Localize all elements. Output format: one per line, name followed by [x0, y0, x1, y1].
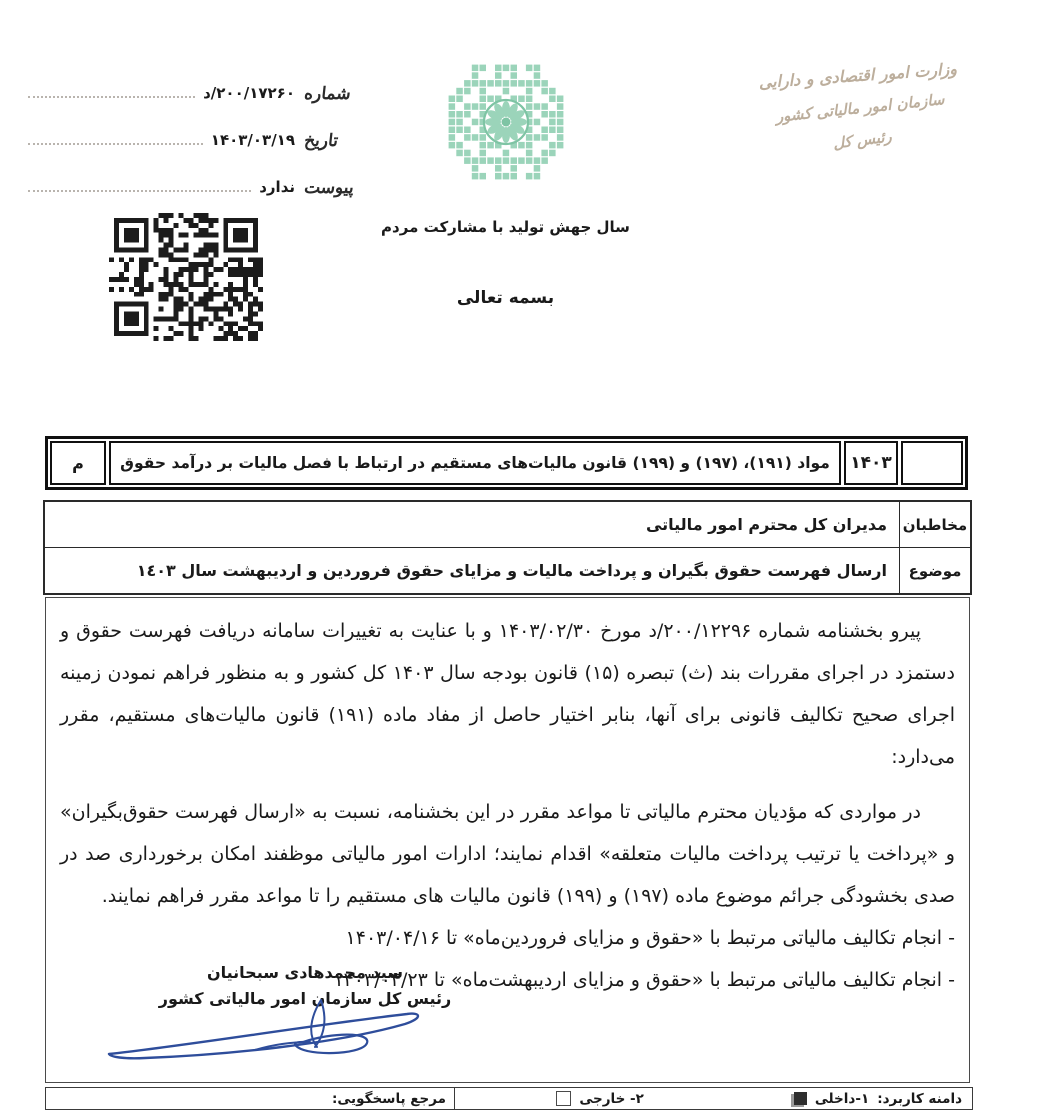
table-row: موضوع ارسال فهرست حقوق بگیران و پرداخت م…	[45, 547, 970, 593]
letter-meta: شماره ۲۰۰/۱۷۲۶۰/د تاریخ ۱۴۰۳/۰۳/۱۹ پیوست…	[28, 74, 373, 215]
recipients-label: مخاطبان	[899, 502, 970, 547]
year-slogan: سال جهش تولید با مشارکت مردم	[368, 218, 643, 236]
reference-cell: مرجع پاسخگویی:	[46, 1088, 455, 1109]
scope-external-group: ۲- خارجی	[556, 1091, 644, 1107]
meta-number-row: شماره ۲۰۰/۱۷۲۶۰/د	[28, 74, 373, 104]
qr-code-icon	[109, 213, 263, 341]
dotted-leader	[28, 96, 195, 98]
external-option-label: ۲- خارجی	[579, 1091, 644, 1107]
attachment-label: پیوست	[302, 178, 375, 198]
attachment-value: ندارد	[251, 178, 303, 198]
table-row: مخاطبان مدیران کل محترم امور مالیاتی	[45, 502, 970, 547]
letterhead-calligraphy: وزارت امور اقتصادی و دارایی سازمان امور …	[697, 55, 1022, 160]
scope-label: دامنه کاربرد:	[877, 1091, 962, 1107]
dotted-leader	[28, 143, 203, 145]
internal-checkbox-checked-icon	[794, 1092, 807, 1105]
subject-label: موضوع	[899, 548, 970, 593]
dotted-leader	[28, 190, 251, 192]
official-letter-page: شماره ۲۰۰/۱۷۲۶۰/د تاریخ ۱۴۰۳/۰۳/۱۹ پیوست…	[0, 0, 1042, 1120]
tax-organization-emblem-icon	[448, 60, 564, 186]
footer-band: دامنه کاربرد: ۱-داخلی ۲- خارجی مرجع پاسخ…	[45, 1087, 973, 1110]
band-empty-cell	[901, 441, 963, 485]
number-value: ۲۰۰/۱۷۲۶۰/د	[195, 84, 303, 104]
meta-date-row: تاریخ ۱۴۰۳/۰۳/۱۹	[28, 121, 373, 151]
scope-internal-group: دامنه کاربرد: ۱-داخلی	[794, 1091, 962, 1107]
meta-attachment-row: پیوست ندارد	[28, 168, 373, 198]
scope-cell: دامنه کاربرد: ۱-داخلی ۲- خارجی	[455, 1088, 972, 1109]
reference-label: مرجع پاسخگویی:	[332, 1091, 446, 1107]
number-label: شماره	[302, 84, 375, 104]
internal-option-label: ۱-داخلی	[815, 1091, 869, 1107]
date-value: ۱۴۰۳/۰۳/۱۹	[203, 131, 303, 151]
classification-band: ۱۴۰۳ مواد (۱۹۱)، (۱۹۷) و (۱۹۹) قانون مال…	[45, 436, 968, 490]
body-paragraph-1: پیرو بخشنامه شماره ۲۰۰/۱۲۲۹۶/د مورخ ۱۴۰۳…	[60, 610, 955, 778]
subject-value: ارسال فهرست حقوق بگیران و پرداخت مالیات …	[45, 548, 899, 593]
recipients-value: مدیران کل محترم امور مالیاتی	[45, 502, 899, 547]
handwritten-signature-icon	[105, 992, 445, 1067]
external-checkbox-empty-icon	[556, 1091, 571, 1106]
band-year-cell: ۱۴۰۳	[844, 441, 898, 485]
date-label: تاریخ	[302, 131, 375, 151]
recipients-subject-table: مخاطبان مدیران کل محترم امور مالیاتی موض…	[43, 500, 972, 595]
band-doc-type-cell: م	[50, 441, 106, 485]
besmele-text: بسمه تعالی	[418, 288, 593, 308]
body-paragraph-2: در مواردی که مؤدیان محترم مالیاتی تا موا…	[60, 791, 955, 917]
signer-name: سید محمدهادی سبحانیان	[150, 960, 460, 986]
deadline-line-farvardin: - انجام تکالیف مالیاتی مرتبط با «حقوق و …	[60, 917, 955, 959]
band-title-cell: مواد (۱۹۱)، (۱۹۷) و (۱۹۹) قانون مالیات‌ه…	[109, 441, 841, 485]
